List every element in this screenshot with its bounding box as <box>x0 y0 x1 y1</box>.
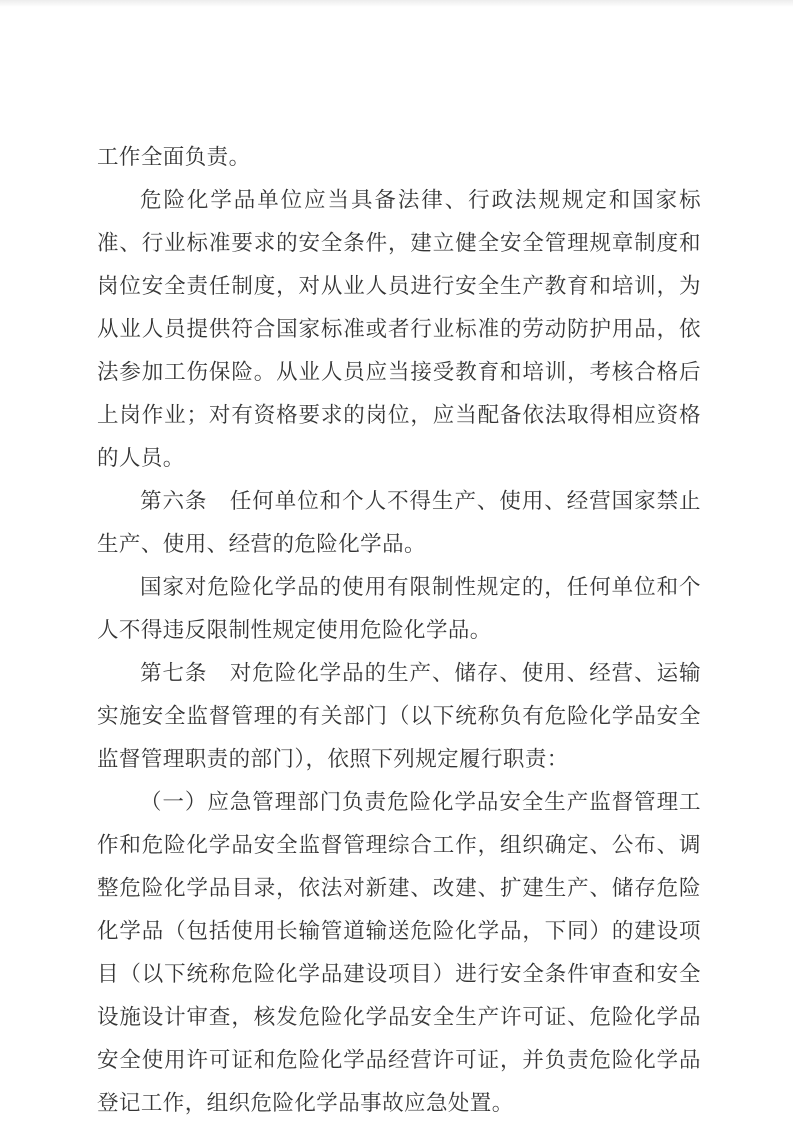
paragraph-article-6: 第六条 任何单位和个人不得生产、使用、经营国家禁止生产、使用、经营的危险化学品。 <box>97 480 701 566</box>
paragraph-unit-obligations: 危险化学品单位应当具备法律、行政法规规定和国家标准、行业标准要求的安全条件，建立… <box>97 179 701 480</box>
scan-edge-shadow <box>0 0 793 7</box>
paragraph-article-7-item-1: （一）应急管理部门负责危险化学品安全生产监督管理工作和危险化学品安全监督管理综合… <box>97 781 701 1122</box>
paragraph-article-6-restrictions: 国家对危险化学品的使用有限制性规定的，任何单位和个人不得违反限制性规定使用危险化… <box>97 566 701 652</box>
document-page: 工作全面负责。 危险化学品单位应当具备法律、行政法规规定和国家标准、行业标准要求… <box>0 0 793 1122</box>
document-body: 工作全面负责。 危险化学品单位应当具备法律、行政法规规定和国家标准、行业标准要求… <box>97 136 701 1122</box>
paragraph-continuation: 工作全面负责。 <box>97 136 701 179</box>
paragraph-article-7: 第七条 对危险化学品的生产、储存、使用、经营、运输实施安全监督管理的有关部门（以… <box>97 652 701 781</box>
